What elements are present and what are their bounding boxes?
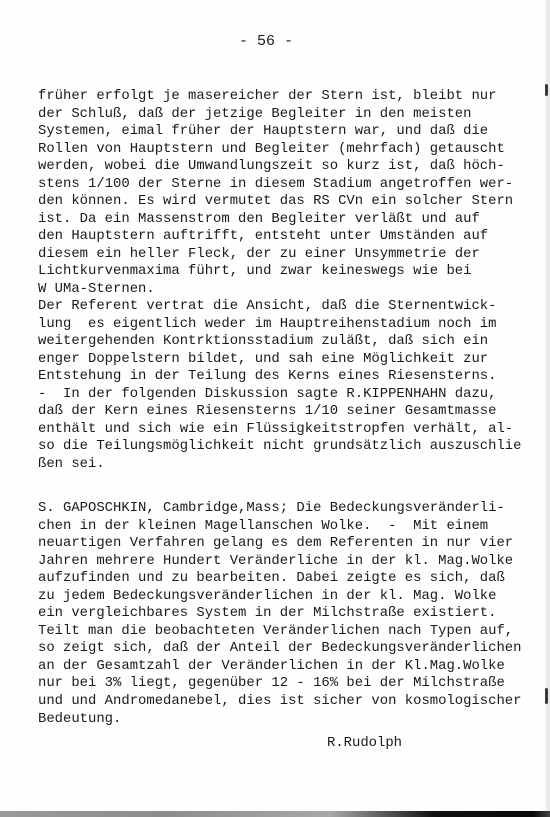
- text-line: und und Andromedanebel, dies ist sicher …: [38, 693, 521, 711]
- text-line: den Hauptstern auftrifft, entsteht unter…: [38, 228, 513, 246]
- text-line: weitergehenden Kontrktionsstadium zuläßt…: [38, 333, 521, 351]
- document-page: - 56 - früher erfolgt je masereicher der…: [0, 0, 545, 811]
- page-number: - 56 -: [0, 33, 532, 50]
- text-line: Lichtkurvenmaxima führt, und zwar keines…: [38, 263, 513, 281]
- text-line: stens 1/100 der Sterne in diesem Stadium…: [38, 176, 513, 194]
- text-line: Teilt man die beobachteten Veränderliche…: [38, 623, 521, 641]
- text-line: lung es eigentlich weder im Hauptreihens…: [38, 316, 521, 334]
- text-line: so die Teilungsmöglichkeit nicht grundsä…: [38, 438, 521, 456]
- scan-mark: [545, 688, 548, 704]
- text-line: W UMa-Sternen.: [38, 281, 513, 299]
- text-line: S. GAPOSCHKIN, Cambridge,Mass; Die Bedec…: [38, 500, 521, 518]
- text-line: Der Referent vertrat die Ansicht, daß di…: [38, 298, 521, 316]
- text-line: Rollen von Hauptstern und Begleiter (meh…: [38, 141, 513, 159]
- text-line: enthält und sich wie ein Flüssigkeitstro…: [38, 421, 521, 439]
- text-line: werden, wobei die Umwandlungszeit so kur…: [38, 158, 513, 176]
- text-line: - In der folgenden Diskussion sagte R.KI…: [38, 386, 521, 404]
- text-line: Entstehung in der Teilung des Kerns eine…: [38, 368, 521, 386]
- scan-mark: [545, 84, 548, 96]
- text-line: Jahren mehrere Hundert Veränderliche in …: [38, 553, 521, 571]
- text-line: daß der Kern eines Riesensterns 1/10 sei…: [38, 403, 521, 421]
- text-line: zu jedem Bedeckungsveränderlichen in der…: [38, 588, 521, 606]
- text-line: an der Gesamtzahl der Veränderlichen in …: [38, 658, 521, 676]
- text-line: früher erfolgt je masereicher der Stern …: [38, 88, 513, 106]
- text-line: ßen sei.: [38, 456, 521, 474]
- author-signature: R.Rudolph: [327, 735, 402, 751]
- paragraph-stellar-evolution: früher erfolgt je masereicher der Stern …: [38, 88, 513, 299]
- paragraph-referent-view: Der Referent vertrat die Ansicht, daß di…: [38, 298, 521, 473]
- text-line: ist. Da ein Massenstrom den Begleiter ve…: [38, 211, 513, 229]
- text-line: enger Doppelstern bildet, und sah eine M…: [38, 351, 521, 369]
- text-line: neuartigen Verfahren gelang es dem Refer…: [38, 535, 521, 553]
- text-line: Bedeutung.: [38, 711, 521, 729]
- text-line: den können. Es wird vermutet das RS CVn …: [38, 193, 513, 211]
- paragraph-gaposchkin-report: S. GAPOSCHKIN, Cambridge,Mass; Die Bedec…: [38, 500, 521, 728]
- text-line: Systemen, eimal früher der Hauptstern wa…: [38, 123, 513, 141]
- text-line: nur bei 3% liegt, gegenüber 12 - 16% bei…: [38, 675, 521, 693]
- text-line: der Schluß, daß der jetzige Begleiter in…: [38, 106, 513, 124]
- text-line: chen in der kleinen Magellanschen Wolke.…: [38, 518, 521, 536]
- scan-bottom-edge: [0, 811, 550, 817]
- text-line: aufzufinden und zu bearbeiten. Dabei zei…: [38, 570, 521, 588]
- text-line: so zeigt sich, daß der Anteil der Bedeck…: [38, 640, 521, 658]
- text-line: ein vergleichbares System in der Milchst…: [38, 605, 521, 623]
- text-line: diesem ein heller Fleck, der zu einer Un…: [38, 246, 513, 264]
